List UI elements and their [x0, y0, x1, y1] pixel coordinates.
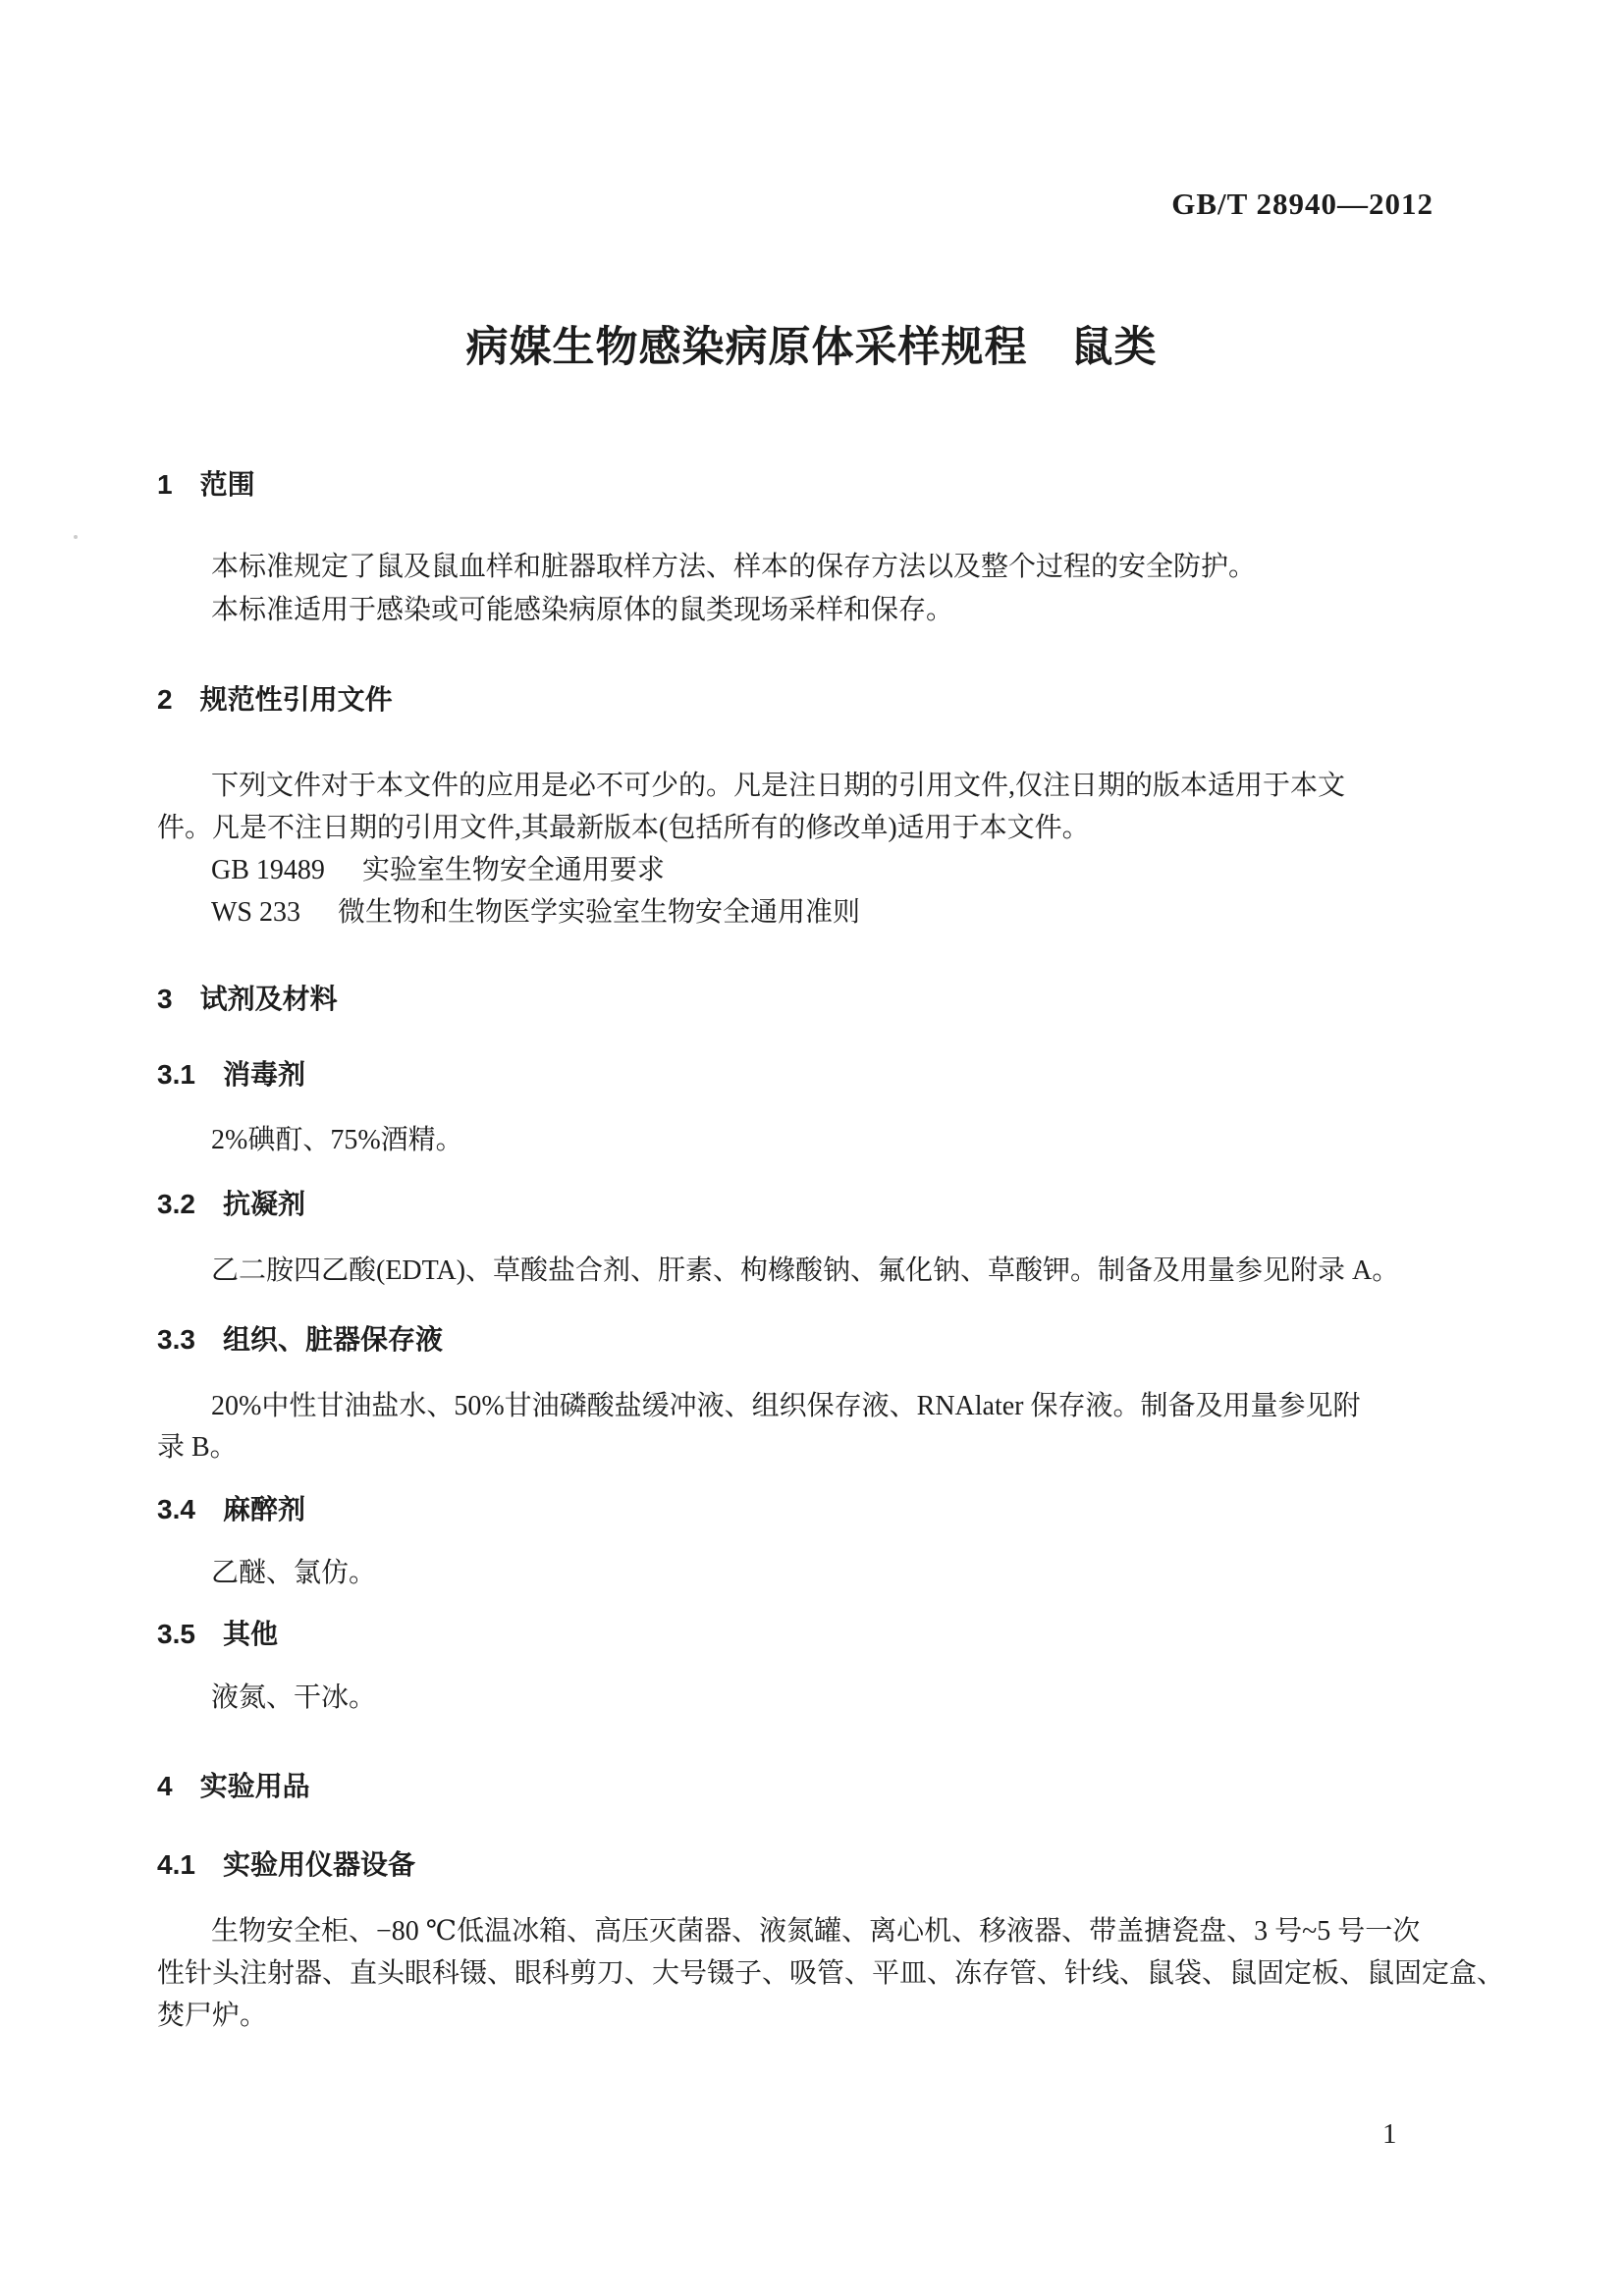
section-1-heading: 1范围 — [157, 471, 255, 499]
paragraph: 液氮、干冰。 — [211, 1684, 376, 1712]
section-3-4-title: 麻醉剂 — [223, 1494, 305, 1524]
paragraph: 件。凡是不注日期的引用文件,其最新版本(包括所有的修改单)适用于本文件。 — [157, 815, 1090, 842]
page-number: 1 — [1382, 2120, 1397, 2149]
section-2-title: 规范性引用文件 — [200, 684, 393, 715]
reference-code: WS 233 — [211, 899, 300, 927]
standard-code: GB/T 28940—2012 — [1171, 188, 1434, 219]
section-4-title: 实验用品 — [200, 1771, 310, 1801]
reference-title: 实验室生物安全通用要求 — [362, 855, 665, 885]
section-3-5-heading: 3.5其他 — [157, 1621, 278, 1648]
paragraph: 乙醚、氯仿。 — [211, 1560, 376, 1587]
paragraph: 本标准规定了鼠及鼠血样和脏器取样方法、样本的保存方法以及整个过程的安全防护。 — [211, 554, 1256, 581]
paragraph: 录 B。 — [157, 1434, 238, 1462]
reference-title: 微生物和生物医学实验室生物安全通用准则 — [338, 897, 860, 928]
section-4-1-number: 4.1 — [157, 1851, 195, 1879]
section-3-3-title: 组织、脏器保存液 — [223, 1324, 443, 1355]
section-2-number: 2 — [157, 686, 173, 714]
section-3-title: 试剂及材料 — [200, 984, 338, 1014]
section-1-number: 1 — [157, 471, 173, 499]
paragraph: 焚尸炉。 — [157, 2002, 267, 2030]
paragraph: 生物安全柜、−80 ℃低温冰箱、高压灭菌器、液氮罐、离心机、移液器、带盖搪瓷盘、… — [211, 1918, 1420, 1946]
paragraph: 下列文件对于本文件的应用是必不可少的。凡是注日期的引用文件,仅注日期的版本适用于… — [211, 773, 1345, 800]
section-4-1-heading: 4.1实验用仪器设备 — [157, 1851, 415, 1879]
reference-item: WS 233微生物和生物医学实验室生物安全通用准则 — [211, 899, 860, 927]
paragraph: 2%碘酊、75%酒精。 — [211, 1127, 463, 1154]
section-3-1-number: 3.1 — [157, 1061, 195, 1089]
paragraph: 20%中性甘油盐水、50%甘油磷酸盐缓冲液、组织保存液、RNAlater 保存液… — [211, 1393, 1361, 1420]
document-page: GB/T 28940—2012 病媒生物感染病原体采样规程 鼠类 1范围 本标准… — [0, 0, 1623, 2296]
section-1-title: 范围 — [200, 469, 255, 500]
reference-item: GB 19489实验室生物安全通用要求 — [211, 857, 665, 884]
section-3-1-title: 消毒剂 — [223, 1059, 305, 1090]
section-3-3-number: 3.3 — [157, 1326, 195, 1354]
paragraph: 性针头注射器、直头眼科镊、眼科剪刀、大号镊子、吸管、平皿、冻存管、针线、鼠袋、鼠… — [157, 1960, 1504, 1988]
section-3-number: 3 — [157, 986, 173, 1013]
section-3-5-number: 3.5 — [157, 1621, 195, 1648]
section-2-heading: 2规范性引用文件 — [157, 686, 393, 714]
section-4-heading: 4实验用品 — [157, 1773, 310, 1800]
document-title: 病媒生物感染病原体采样规程 鼠类 — [0, 327, 1623, 369]
section-3-2-number: 3.2 — [157, 1191, 195, 1218]
paragraph: 本标准适用于感染或可能感染病原体的鼠类现场采样和保存。 — [211, 597, 953, 624]
section-3-1-heading: 3.1消毒剂 — [157, 1061, 305, 1089]
section-3-4-number: 3.4 — [157, 1496, 195, 1523]
paragraph: 乙二胺四乙酸(EDTA)、草酸盐合剂、肝素、枸橼酸钠、氟化钠、草酸钾。制备及用量… — [211, 1257, 1399, 1285]
reference-code: GB 19489 — [211, 857, 325, 884]
section-4-number: 4 — [157, 1773, 173, 1800]
section-3-2-heading: 3.2抗凝剂 — [157, 1191, 305, 1218]
scan-speck — [74, 535, 78, 539]
section-3-3-heading: 3.3组织、脏器保存液 — [157, 1326, 443, 1354]
section-4-1-title: 实验用仪器设备 — [223, 1849, 415, 1880]
section-3-4-heading: 3.4麻醉剂 — [157, 1496, 305, 1523]
section-3-heading: 3试剂及材料 — [157, 986, 338, 1013]
section-3-5-title: 其他 — [223, 1619, 278, 1649]
section-3-2-title: 抗凝剂 — [223, 1189, 305, 1219]
